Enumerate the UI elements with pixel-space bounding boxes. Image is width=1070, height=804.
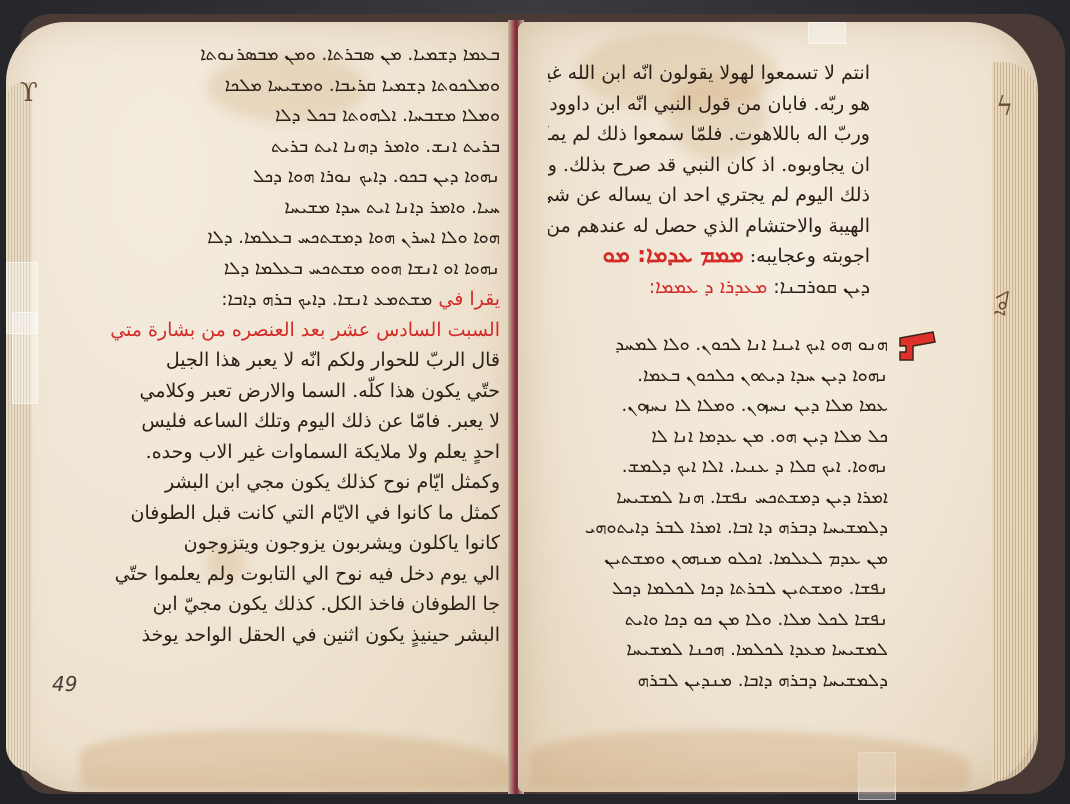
syriac-line: ܐܡܪܐ ܕܝܢ ܕܡܫܬܟܚ ܢܦܫܐ. ܗܢܐ ܠܡܫܝܚܐ (548, 483, 888, 514)
arabic-line: الهيبة والاحتشام الذي حصل له عندهم من (548, 211, 870, 242)
red-rubric-inline: يقرا في (438, 288, 500, 310)
arabic-line: هو ربّه. فابان من قول النبي انّه ابن داو… (548, 89, 870, 120)
arabic-line: قال الربّ للحوار ولكم انّه لا يعبر هذا ا… (104, 345, 500, 376)
arabic-line: ذلك اليوم لم يجتري احد ان يساله عن شي لك… (548, 180, 870, 211)
syriac-heading-black: ܕܝܢ ܩܘܪܒܢܐ: (773, 276, 870, 298)
syriac-line: ܘܡܠܟܘܬܐ ܕܫܡܝܐ ܩܪܝܒܐ. ܘܡܫܝܚܐ ܡܠܟܐ (104, 71, 500, 102)
syriac-line: ܒܥܡܐ ܕܫܡܝܐ. ܡܢ ܣܒܪܬܐ. ܘܡܢ ܡܒܣܪܢܘܬܐ (104, 40, 500, 71)
arabic-line: انتم لا تسمعوا لهولا يقولون انّه ابن الل… (548, 58, 870, 89)
arabic-line: البشر حينيذٍ يكون اثنين في الحقل الواحد … (104, 620, 500, 651)
red-rubric-line: السبت السادس عشر بعد العنصره من بشارة مت… (104, 315, 500, 346)
arabic-line: حتّي يكون هذا كلّه. السما والارض تعبر وك… (104, 376, 500, 407)
arabic-line: كانوا ياكلون ويشربون يزوجون ويتزوجون (104, 528, 500, 559)
page-edges-left (6, 82, 32, 772)
syriac-line: ܟܠ ܡܠܐ ܕܝܢ ܗܘ. ܡܢ ܥܕܡܐ ܐܢܐ ܠܐ (548, 422, 888, 453)
arabic-line: الي يوم دخل فيه نوح الي التابوت ولم يعلم… (104, 559, 500, 590)
syriac-line: ܚܝܐ. ܘܐܡܪ ܕܐܢܐ ܐܝܬ ܚܕܐ ܡܫܝܚܐ (104, 193, 500, 224)
arabic-text: اجوبته وعجايبه: (750, 245, 870, 267)
arabic-line: وكمثل ايّام نوح كذلك يكون مجي ابن البشر (104, 467, 500, 498)
decorated-initial-icon (897, 330, 937, 364)
syriac-line: ܘܡܠܐ ܡܫܒܚܐ. ܐܠܗܘܬܐ ܒܟܠ ܕܠܐ (104, 101, 500, 132)
syriac-line: ܗܘܐ ܘܠܐ ܐܚܪܢ ܗܘܐ ܕܡܫܬܟܚ ܒܥܠܡܐ. ܕܠܐ (104, 223, 500, 254)
arabic-line: لا يعبر. فامّا عن ذلك اليوم وتلك الساعه … (104, 406, 500, 437)
arabic-line: احدٍ يعلم ولا ملايكة السماوات غير الاب و… (104, 437, 500, 468)
folio-number: 49 (52, 672, 77, 696)
syriac-line: ܢܗܘܐ ܐܘ ܐܢܫܐ ܗܘܘ ܡܫܬܟܚ ܒܥܠܡܐ ܕܠܐ (104, 254, 500, 285)
right-text-block-arabic: انتم لا تسمعوا لهولا يقولون انّه ابن الل… (548, 58, 870, 302)
heading-line-1: اجوبته وعجايبه: ܡܡܡ ܥܕܡܐ: ܡܘ (548, 241, 870, 272)
syriac-line: ܢܗܘܐ ܕܝܢ ܚܕܐ ܕܝܬܘܢ ܟܠܟܘܢ ܒܥܡܐ. (548, 361, 888, 392)
syriac-heading-red: ܡܥܕܪܐ ܕ ܥܡܡܐ: (649, 276, 767, 298)
syriac-line: ܥܡܐ ܡܠܐ ܕܝܢ ܢܚܙܘܢ. ܘܡܠܐ ܠܐ ܢܚܙܘܢ. (548, 391, 888, 422)
heading-line-2: ܕܝܢ ܩܘܪܒܢܐ: ܡܥܕܪܐ ܕ ܥܡܡܐ: (548, 272, 870, 303)
syriac-line: ܢܗܘܐ. ܐܝܟ ܩܠܐ ܕ ܥܢܝܐ. ܐܠܐ ܐܝܟ ܕܠܡܫ. (548, 452, 888, 483)
syriac-line: ܒܪܝܬ ܐܢܫ. ܘܐܡܪ ܕܗܢܐ ܐܝܬ ܒܪܝܬ (104, 132, 500, 163)
repair-tape (12, 312, 38, 404)
margin-mark: ϒ (20, 78, 38, 108)
page-edges-right (992, 62, 1038, 782)
margin-mark: ϟ (996, 92, 1013, 122)
red-syriac-heading: ܡܡܡ ܥܕܡܐ: ܡܘ (603, 243, 744, 268)
syriac-line: ܢܗܘܐ ܕܝܢ ܒܟܘ. ܕܐܝܟ ܢܘܪܐ ܗܘܐ ܕܟܠ (104, 162, 500, 193)
right-text-block-syriac: ܗܢܘ ܗܘ ܐܝܟ ܐܝܢܐ ܐܢܐ ܠܟܘܢ. ܘܠܐ ܠܡܚܕ ܢܗܘܐ … (548, 330, 888, 696)
syriac-line: ܢܦܫܐ. ܘܡܫܬܝܢ ܠܒܪܬܐ ܕܟܐ ܠܟܠܡܐ ܕܟܠ (548, 574, 888, 605)
syriac-line: ܠܡܫܝܚܐ ܡܥܕܐ ܠܟܠܡܐ. ܗܟܢܐ ܠܡܫܝܚܐ (548, 635, 888, 666)
syriac-line: ܗܢܘ ܗܘ ܐܝܟ ܐܝܢܐ ܐܢܐ ܠܟܘܢ. ܘܠܐ ܠܡܚܕ (548, 330, 888, 361)
syriac-line: ܕܠܡܫܝܚܐ ܕܒܪܗ ܕܐܒܐ. ܡܢܕܝܢ ܠܒܪܗ (548, 666, 888, 697)
arabic-line: جا الطوفان فاخذ الكل. كذلك يكون مجيّ ابن (104, 589, 500, 620)
syriac-line: ܕܠܡܫܝܚܐ ܕܒܪܗ ܕܐ ܐܒܐ. ܐܡܪܐ ܠܒܪ ܕܐܝܬܘܗܝ (548, 513, 888, 544)
syriac-line: ܢܦܫܐ ܠܟܠ ܡܠܐ. ܘܠܐ ܡܢ ܟܘ ܕܟܐ ܘܐܝܬ (548, 605, 888, 636)
arabic-line: ان يجاوبوه. اذ كان النبي قد صرح بذلك. وم… (548, 150, 870, 181)
syriac-line: ܡܢ ܥܕܡ ܠܥܠܡܐ. ܐܟܠܘ ܡܢܗܘܢ ܘܡܫܬܝܢ (548, 544, 888, 575)
left-text-block: ܒܥܡܐ ܕܫܡܝܐ. ܡܢ ܣܒܪܬܐ. ܘܡܢ ܡܒܣܪܢܘܬܐ ܘܡܠܟܘ… (104, 40, 500, 650)
arabic-line: وربّ اله باللاهوت. فلمّا سمعوا ذلك لم يم… (548, 119, 870, 150)
syriac-line-with-rubric: يقرا في ܡܫܬܡܥ ܐܢܫܐ. ܕܐܝܟ ܒܪܗ ܕܐܒܐ: (104, 284, 500, 315)
syriac-text: ܡܫܬܡܥ ܐܢܫܐ. ܕܐܝܟ ܒܪܗ ܕܐܒܐ: (221, 289, 432, 310)
repair-tape (808, 22, 846, 44)
arabic-line: كمثل ما كانوا في الايّام التي كانت قبل ا… (104, 498, 500, 529)
